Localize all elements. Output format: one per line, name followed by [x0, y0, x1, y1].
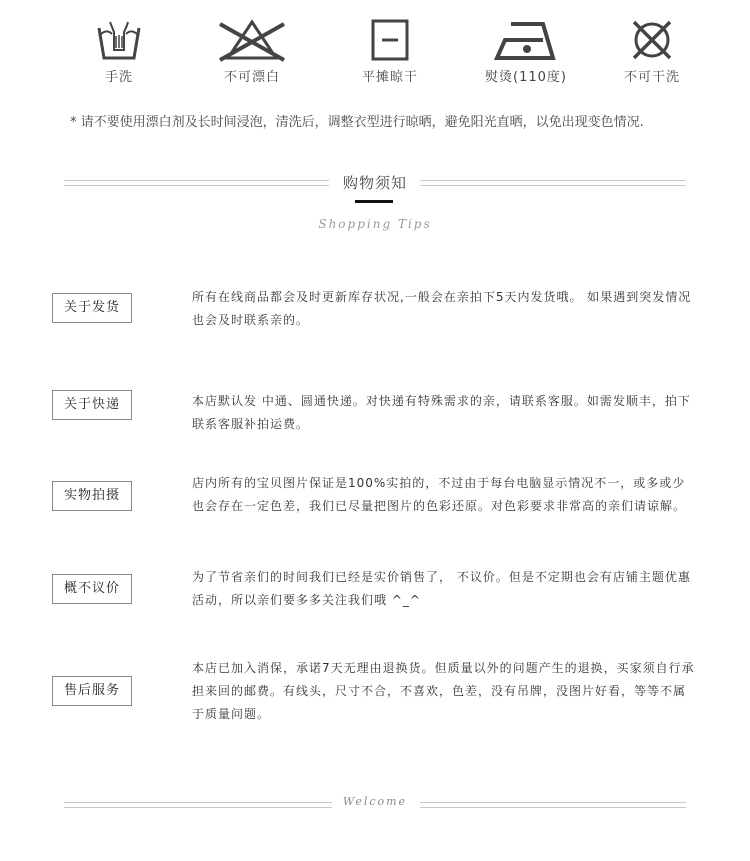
tip-text: 为了节省亲们的时间我们已经是实价销售了， 不议价。但是不定期也会有店铺主题优惠活… — [192, 566, 697, 612]
care-label: 手洗 — [59, 66, 179, 85]
care-note: * 请不要使用漂白剂及长时间浸泡，清洗后，调整衣型进行晾晒，避免阳光直晒，以免出… — [70, 111, 644, 130]
care-label: 熨烫(110度) — [466, 66, 586, 85]
care-label: 不可漂白 — [192, 66, 312, 85]
no-bleach-icon — [216, 18, 288, 62]
dry-flat-icon — [368, 18, 412, 62]
tip-tag: 关于快递 — [52, 390, 132, 420]
tip-text: 店内所有的宝贝图片保证是100%实拍的，不过由于每台电脑显示情况不一，或多或少也… — [192, 472, 697, 518]
tip-tag: 概不议价 — [52, 574, 132, 604]
care-label: 平摊晾干 — [330, 66, 450, 85]
tip-text: 所有在线商品都会及时更新库存状况,一般会在亲拍下5天内发货哦。 如果遇到突发情况… — [192, 286, 697, 332]
section-subtitle: Shopping Tips — [0, 217, 750, 231]
care-hand-wash: 手洗 — [59, 18, 179, 85]
tip-tag: 售后服务 — [52, 676, 132, 706]
tip-tag: 关于发货 — [52, 293, 132, 323]
care-dry-flat: 平摊晾干 — [330, 18, 450, 85]
tip-tag: 实物拍摄 — [52, 481, 132, 511]
care-label: 不可干洗 — [592, 66, 712, 85]
iron-icon — [491, 18, 561, 62]
care-no-dry-clean: 不可干洗 — [592, 18, 712, 85]
hand-wash-icon — [94, 18, 144, 62]
tip-text: 本店已加入消保，承诺7天无理由退换货。但质量以外的问题产生的退换，买家须自行承担… — [192, 657, 697, 726]
section-accent-bar — [355, 200, 393, 203]
care-instructions: 手洗 不可漂白 平摊晾干 熨烫(110度) 不可干洗 — [0, 0, 750, 100]
section-title: 购物须知 — [0, 172, 750, 193]
no-dry-clean-icon — [627, 18, 677, 62]
tip-text: 本店默认发 中通、圆通快递。对快递有特殊需求的亲，请联系客服。如需发顺丰，拍下联… — [192, 390, 697, 436]
welcome-text: Welcome — [0, 795, 750, 808]
care-no-bleach: 不可漂白 — [192, 18, 312, 85]
care-iron: 熨烫(110度) — [466, 18, 586, 85]
